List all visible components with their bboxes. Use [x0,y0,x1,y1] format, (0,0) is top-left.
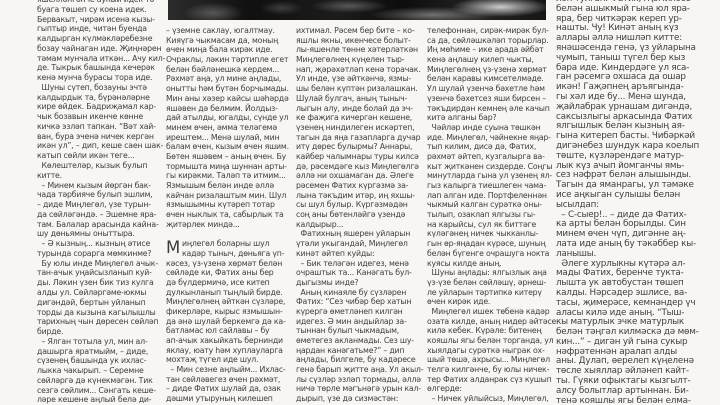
text-line: гы кирәкми. Таләп тә итмим... [166,171,290,181]
text-line: ап-ачык хакыйкать бернинди [166,336,290,346]
text-line: тан-ачык уңайсызланып куй- [37,268,161,278]
text-line: җитәрлек миндә... [166,220,290,230]
text-line: турында сорарга мөмкинме? [37,249,161,259]
text-line: тылып, озаклап ялгызы гы- [427,210,551,220]
text-line: сы шул булыр. Күргәзмәдән [296,200,420,210]
text-line: шу дөньямны оныттыра. [37,229,161,239]
text-line: Мин аны хәзер кайсы шәһәрдә [166,94,290,104]
text-line: дә, рәсемдәге кыз Миңлегөлгә [296,162,420,172]
text-line: тагын да яңа газапларга дучар [296,133,420,143]
text-line: кенә аңлашу килеп чыкты, [427,55,551,65]
text-line: лыкка чакырып. – Серемне [37,366,161,376]
text-line: ничә төрле мәгънәгә урын кал- [296,384,420,394]
text-line: – диде Миңлегөл, үзе турын- [37,200,161,210]
text-line: – диде Фатих шулай да, озак [166,384,290,394]
text-line: чыкмый калган сурәткә оны- [427,200,551,210]
text-line: мохтаҗ түгел иде шул. [166,355,290,365]
text-line: рәсемен Фатих күргәзмә за- [296,181,420,191]
text-line: гыз калырга тиешлеген чама- [427,181,551,191]
text-line: – Ә кызның... кызның әтисе [37,239,161,249]
text-line: китте. [37,171,161,181]
text-line: тәкъдирдән кемнең әле качып [427,104,551,114]
text-line [166,229,290,239]
text-line: тәмам мунчала иткән... Ачу кил- [37,54,161,64]
text-line: өлгерде: [427,384,551,394]
text-line: Миңлегөлнең әйткән сүзләре, [166,297,290,307]
text-line: дә бүлдермичә, исе китеп [166,278,290,288]
text-column-1: яшелләнгәнче ауный идек тәбуага төшеп су… [37,0,161,405]
text-line: чада тәрбияче булып эшлим, [37,190,161,200]
text-line: сезгә сөйлим... Сәнгать кеше- [37,386,161,396]
text-line: алды ул. Сөйләргәме-юкмы [37,288,161,298]
text-line: минутларда гына ул үзенең ял- [427,171,551,181]
text-line: тып килим, дисә дә, Фатих, [427,142,551,152]
text-line: икән ул”, – дип, кеше саен шак- [37,141,161,151]
text-line: дәшми утыруның килешеп [166,394,290,404]
text-line: на карыйсы, сул як биттәге [427,220,551,230]
text-line: иде. Миңлегөл, чәйнекне яңар- [427,133,551,143]
text-line: белән бәйләнешкә кердем... [166,65,290,75]
text-line: үзенең ниндилеген искәртеп, [296,123,420,133]
text-line: ке фаҗига кичергән кешене, [296,113,420,123]
text-line: бирде. [37,327,161,337]
text-line: кенә мунча бурасы тора иде. [37,73,161,83]
text-line: ихтимал. Рәсем бер бите – ко- [296,26,420,36]
text-line: калдырыр... [296,220,420,230]
text-line: яшлы якны, икенчесе болыт- [296,36,420,46]
text-line: тормышта миңа шуннан арты- [166,162,290,172]
text-line: тыннан булып чыкмадым, [296,326,420,336]
text-line: де. Тыкрык башында кечерәк [37,63,161,73]
text-line: Бервакыт, чирәм исенә кызы- [37,15,161,25]
text-line: өчен кирәк иде. [427,297,551,307]
text-line: үз-үзе белән сөйләшү, әрнеш- [427,278,551,288]
text-line: күрергә өметләнеп килгән [296,307,420,317]
text-line: тенә кояшлы ягы белән елма- [556,397,706,405]
text-line: – Ничек уйлыйсыз, Миңлегөл, [427,394,551,404]
text-line: ле уйларын тәртипкә китерү [427,288,551,298]
text-line: онытты һәм бүтән борчымады. [166,84,290,94]
text-line: килә кебек. Күрәле: битенең [427,326,551,336]
text-line: шый төшә, ахрысы... Миңлегөл [427,355,551,365]
text-line: фикерләре, кырыс язмышын- [166,307,290,317]
text-line: торды да кызына кагылышлы [37,308,161,318]
text-line: – Мин сезне аңлыйм... Ихлас- [166,365,290,375]
text-line: нап, җәрәхәтләп кенә торачак. [296,65,420,75]
text-line: Рәхмәт аңа, ул мине аңлады, [166,74,290,84]
text-line: да әнә шулай беркемгә дә ка- [166,317,290,327]
text-line: дулкынланып тыңлый бирде. [166,288,290,298]
text-line: Шулай булгач, аның тыныч- [296,94,420,104]
text-line: Ул инде, үзе әйткәнчә, язмы- [296,74,420,84]
text-line: лы сүзләр эзләп тормады, әллә [296,375,420,385]
text-line: ды. Ләкин үзен бик тиз кулга [37,278,161,288]
text-line: дашырга яратмыйм, – диде, [37,347,161,357]
text-line: очраштык та... Канәгать бул- [296,268,420,278]
text-line: кичкә эзләп тапкан. “Вәт хай- [37,122,161,132]
text-line: кадәр тыныч, дөньяга үп- [166,249,290,259]
text-line: Фатихның яшерен уйларын [296,229,420,239]
text-line: өчен ныклык та, сабырлык та [166,210,290,220]
text-line: дыгызмы инде? [296,278,420,288]
text-line: өметегез акланмады. Сез шу- [296,336,420,346]
text-line: ван, бура эченә ничек кергән [37,132,161,142]
text-column-5: ләп тулган. Фатих, Җәмиләсебелән ашыкмый… [556,0,706,405]
text-line: буага төшеп су коена идек. [37,5,161,15]
text-line: хыялдагы сурәткә ныграк ох- [427,346,551,356]
text-line: лап алган иде. Портфеленнән [427,191,551,201]
text-line: рәхмәт әйтеп, кузгалырга ва- [427,152,551,162]
text-line: идегез. Ә мин андыйлар за- [296,317,420,327]
text-line: батламас юл сайлавы – бу [166,326,290,336]
text-line: сөйләде ки, Фатих аны бер [166,268,290,278]
text-line: тан сөйләвегез өчен рәхмәт, [166,375,290,385]
text-line: – Минем кызым йөргән бак- [37,181,161,191]
text-line: бозау чайнаган иде. Җиңнәрен [37,44,161,54]
text-line: күләгәнең ничек чыкканлы- [427,229,551,239]
text-line: Язмышым белән инде әллә [166,181,290,191]
text-line: Аның кинаяле бу сүзләрен [296,288,420,298]
text-line: – үземне саклау, югалтмау. [166,26,290,36]
text-line: Миңлегөлнең күңелен тыр- [296,55,420,65]
text-line: дигәндәй, бертын уйланып [37,298,161,308]
text-line: Миңлегөл боларны шул [166,239,290,249]
text-line: кәсез, үз-үзенә хөрмәт белән [166,259,290,269]
text-line: лы-яшенле төнне хәтерләткән [296,45,420,55]
text-line: әллә ни охшамаган да. Әлеге [296,171,420,181]
text-line: да сөйләгәндә. – Эшемне яра- [37,210,161,220]
text-line: дырып, үзе дә сизмәстән: [296,394,420,404]
text-column-4: телефоннан, сирәк-мирәк бул-са да, сөйлә… [427,26,551,404]
text-line: куясы килде аның. [427,259,551,269]
text-line: Кияүгә чыкмасам да, моның [166,36,290,46]
text-line: Көлештеләр, кызык булып [37,161,161,171]
text-line: Фатих: “Сез чибәр бер хатын [296,297,420,307]
text-line: аңлады, билгеле, бу кадәресе [296,355,420,365]
text-line: кайчан ризалаштым мин. Шул [166,191,290,201]
text-line: Миңлегөлнең үз-үзенә хөрмәт [427,65,551,75]
text-line: чык бозавын икенче көнне [37,112,161,122]
text-line: шы белән күптән ризалашкан. [296,84,420,94]
text-line: калдырган күлмәкләребезне [37,34,161,44]
text-line: яклау, юату һәм хуплауларга [166,346,290,356]
text-line: соң аны бөтенләйгә үзендә [296,210,420,220]
text-line: Миңлегөл ишек төбенә кадәр [427,307,551,317]
text-line: итү дөрес булырмы? Аннары, [296,142,420,152]
text-line: язмышымны күтәреп тотар [166,200,290,210]
text-line: там. Балалар арасында кайна- [37,220,161,230]
text-line: яшәвен дә белмим. Йолдыз- [166,104,290,114]
text-line: кайбер чалымнары туры килсә [296,152,420,162]
text-line: Очраклы, ләкин тәртипле егет [166,55,290,65]
text-line: Шуны аңлады: ялгызлык аңа [427,268,551,278]
text-line: үтәли укыгандай, Миңлегөл [296,239,420,249]
text-line: Иң мөһиме – ике арада әйбәт [427,45,551,55]
text-column-2: – үземне саклау, югалтмау.Кияүгә чыкмаса… [166,26,290,404]
text-line: Чәйләр инде суына төшкән [427,123,551,133]
text-line: кире өйдек. Бадриҗамал кар- [37,102,161,112]
article-photo-bottom-edge [168,0,546,20]
text-line: са да, сөйләшкәләп торырлар. [427,36,551,46]
text-line: ләре кешене аңлый белә ди- [37,395,161,405]
text-line: белән каравы кимсетелмәде. [427,74,551,84]
text-line: минем өчен, әмма теләгемә [166,123,290,133]
text-line: белән бүгенге очрашуга нокта [427,249,551,259]
text-line: телефоннан, сирәк-мирәк бул- [427,26,551,36]
text-line: телгә килгәнче, бу юлы ничек- [427,365,551,375]
text-line: Шуны сүтеп, бозауны эчтә [37,83,161,93]
text-column-3: ихтимал. Рәсем бер бите – ко-яшлы якны, … [296,26,420,404]
text-line: тер Фатих алданрак сүз кушып [427,375,551,385]
text-line: калдырдык та, бүрәнәләрне [37,93,161,103]
text-line: ңардан канәгатьме?” – дип [296,346,420,356]
text-line: лына тәкъдим итәр, иң яхшы- [296,191,420,201]
text-line: дай атылды, югалды, сүнде ул [166,113,290,123]
text-line: Бу юлы инде Миңлегөл ачык- [37,259,161,269]
text-line: Бөтен яшәвем – аның өчен. Бу [166,152,290,162]
text-line: – Бик теләгән идегез, менә [296,259,420,269]
text-line: сүзенең башында ук ихлас- [37,356,161,366]
text-line: балам өчен, кызым өчен яшим. [166,142,290,152]
text-line: кояшлы ягы белән торганда, ул [427,336,551,346]
text-line: гын өр-яңадан күрәсе, шуның [427,239,551,249]
text-line: китә алганы бар? [427,113,551,123]
magazine-page: яшелләнгәнче ауный идек тәбуага төшеп су… [0,0,720,405]
text-line: Ул шулай үзенчә бәхетле һәм [427,84,551,94]
text-line: гыптыр инде, читән буенда [37,24,161,34]
text-line: үзенчә бәхетсез яши бирсен – [427,94,551,104]
text-line: тарихның чын дөресен сөйләп [37,317,161,327]
text-line: генә барып җитте аңа. Ул акыл- [296,365,420,375]
text-line: өчен миңа бала кирәк иде. [166,45,290,55]
text-line: – Ялган тотыла ул, мин ал- [37,337,161,347]
text-line: катып сөйли икән теге... [37,151,161,161]
text-line: лыгын алу, инде болай да эч- [296,104,420,114]
text-line: сөйләргә дә күнекмәгән. Тик [37,376,161,386]
text-line: кыт җиткәнен сиздерде. Соңгы [427,162,551,172]
text-line: ирештем... Менә шулай, мин [166,133,290,143]
text-line: кинәт әйтеп куйды: [296,249,420,259]
text-line: озата килде, аның нидер әйтәсе [427,317,551,327]
